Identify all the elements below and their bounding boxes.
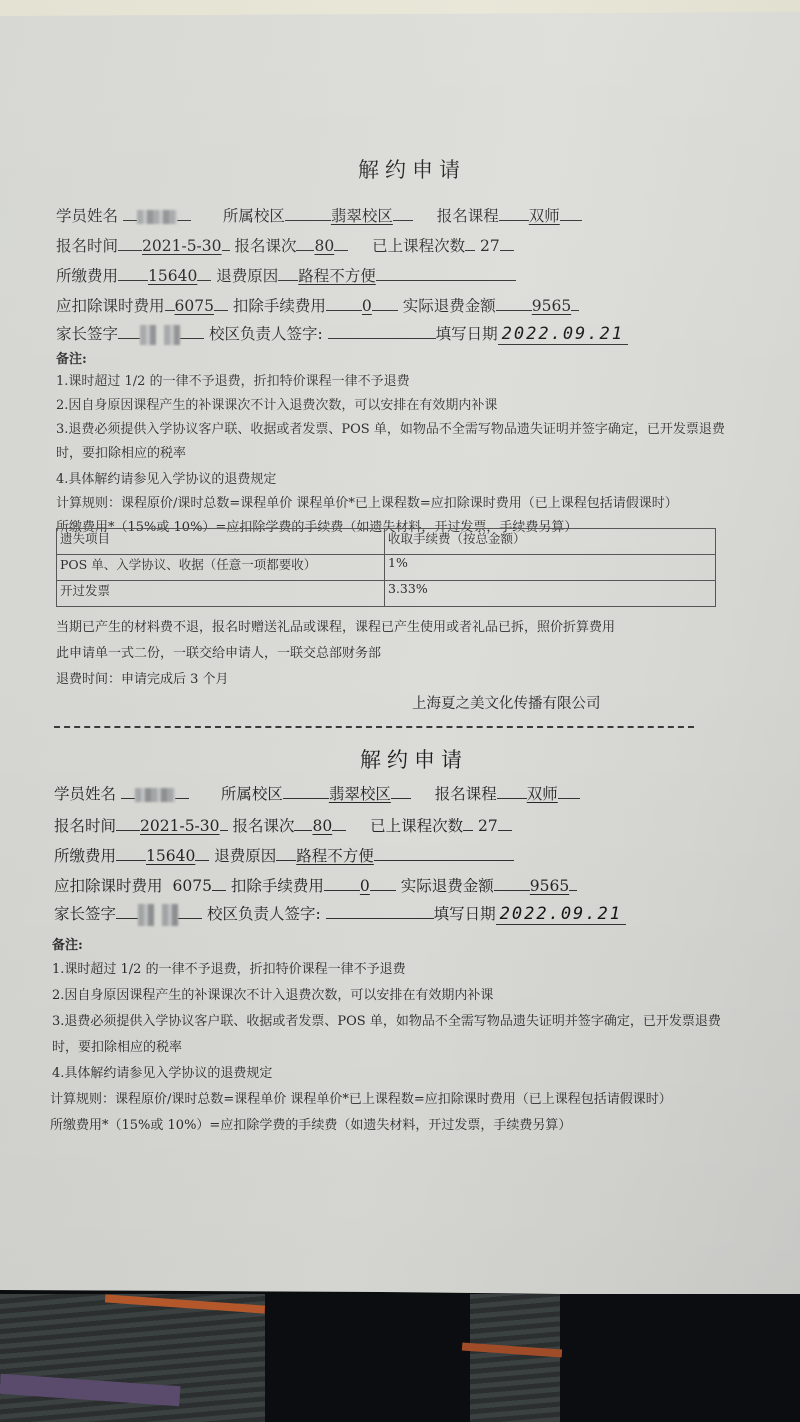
paid-value: 15640 bbox=[146, 847, 195, 865]
course-value: 双师 bbox=[529, 207, 560, 225]
cut-line-divider bbox=[54, 726, 694, 728]
campus-sign-label: 校区负责人签字: bbox=[207, 905, 321, 923]
table-cell: 1% bbox=[385, 555, 716, 581]
student-name-redacted bbox=[135, 788, 175, 802]
notes-title: 备注: bbox=[52, 934, 83, 953]
underline bbox=[118, 267, 148, 281]
attended-label: 已上课程次数 bbox=[372, 237, 465, 255]
campus-signature-field[interactable] bbox=[326, 905, 434, 919]
underline bbox=[116, 817, 140, 831]
deduct-value: 6075 bbox=[175, 297, 214, 315]
underline bbox=[165, 297, 175, 311]
underline bbox=[121, 785, 135, 799]
form-title: 解约申请 bbox=[358, 154, 466, 184]
underline bbox=[558, 785, 580, 799]
reason-label: 退费原因 bbox=[214, 847, 276, 865]
underline bbox=[560, 207, 582, 221]
underline bbox=[494, 877, 530, 891]
refund-value: 9565 bbox=[532, 297, 571, 315]
attended-label: 已上课程次数 bbox=[370, 817, 463, 835]
underline bbox=[220, 817, 228, 831]
underline bbox=[372, 297, 398, 311]
parent-signature-redacted bbox=[164, 325, 180, 345]
note-item: 时，要扣除相应的税率 bbox=[52, 1036, 182, 1055]
form-row-1: 学员姓名 所属校区翡翠校区 报名课程双师 bbox=[54, 782, 580, 804]
underline bbox=[498, 817, 512, 831]
refund-label: 实际退费金额 bbox=[401, 877, 494, 895]
lost-items-fee-table: 遗失项目 收取手续费（按总金额） POS 单、入学协议、收据（任意一项都要收） … bbox=[56, 528, 716, 607]
underline bbox=[294, 817, 312, 831]
parent-sign-label: 家长签字 bbox=[54, 905, 116, 923]
form-row-4: 应扣除课时费用6075 扣除手续费用0 实际退费金额9565 bbox=[56, 294, 579, 316]
form-title: 解约申请 bbox=[360, 744, 468, 774]
underline bbox=[118, 325, 140, 339]
underline bbox=[463, 817, 473, 831]
underline bbox=[332, 817, 346, 831]
date-handwritten: 2022.09.21 bbox=[498, 324, 628, 345]
underline bbox=[116, 847, 146, 861]
underline bbox=[283, 785, 329, 799]
form-row-3: 所缴费用15640 退费原因路程不方便 bbox=[56, 264, 516, 286]
footer-note: 当期已产生的材料费不退，报名时赠送礼品或课程，课程已产生使用或者礼品已拆，照价折… bbox=[56, 616, 615, 635]
attended-value: 27 bbox=[480, 237, 500, 255]
table-cell: 开过发票 bbox=[57, 581, 385, 607]
form-row-3: 所缴费用15640 退费原因路程不方便 bbox=[54, 844, 514, 866]
form-row-4: 应扣除课时费用6075 扣除手续费用0 实际退费金额9565 bbox=[54, 874, 577, 896]
fee-value: 0 bbox=[360, 877, 370, 895]
underline bbox=[326, 297, 362, 311]
carpet-pattern bbox=[470, 1294, 560, 1422]
sessions-value: 80 bbox=[314, 237, 334, 255]
enroll-date-label: 报名时间 bbox=[54, 817, 116, 835]
note-item: 2.因自身原因课程产生的补课课次不计入退费次数，可以安排在有效期内补课 bbox=[52, 984, 493, 1003]
enroll-date-value: 2021-5-30 bbox=[142, 237, 222, 255]
parent-sign-label: 家长签字 bbox=[56, 325, 118, 343]
note-item: 2.因自身原因课程产生的补课课次不计入退费次数，可以安排在有效期内补课 bbox=[56, 394, 497, 413]
calculation-rule: 计算规则：课程原价/课时总数=课程单价 课程单价*已上课程数=应扣除课时费用（已… bbox=[56, 492, 678, 511]
underline bbox=[214, 297, 228, 311]
course-label: 报名课程 bbox=[435, 785, 497, 803]
deduct-value: 6075 bbox=[173, 877, 212, 895]
underline bbox=[393, 207, 413, 221]
underline bbox=[370, 877, 396, 891]
refund-value: 9565 bbox=[530, 877, 569, 895]
enroll-date-value: 2021-5-30 bbox=[140, 817, 220, 835]
calculation-rule: 所缴费用*（15%或 10%）=应扣除学费的手续费（如遗失材料，开过发票，手续费… bbox=[50, 1114, 571, 1133]
underline bbox=[278, 267, 298, 281]
underline bbox=[116, 905, 138, 919]
note-item: 1.课时超过 1/2 的一律不予退费，折扣特价课程一律不予退费 bbox=[52, 958, 406, 977]
parent-signature-redacted bbox=[140, 325, 156, 345]
attended-value: 27 bbox=[478, 817, 498, 835]
campus-value: 翡翠校区 bbox=[331, 207, 393, 225]
underline bbox=[212, 877, 226, 891]
form-row-5: 家长签字 校区负责人签字: 填写日期2022.09.21 bbox=[56, 322, 628, 345]
sessions-label: 报名课次 bbox=[232, 817, 294, 835]
table-header-cell: 收取手续费（按总金额） bbox=[385, 529, 716, 555]
underline bbox=[197, 267, 211, 281]
fee-label: 扣除手续费用 bbox=[231, 877, 324, 895]
enroll-date-label: 报名时间 bbox=[56, 237, 118, 255]
underline bbox=[195, 847, 209, 861]
note-item: 3.退费必须提供入学协议客户联、收据或者发票、POS 单，如物品不全需写物品遗失… bbox=[56, 418, 725, 437]
course-label: 报名课程 bbox=[437, 207, 499, 225]
underline bbox=[324, 877, 360, 891]
note-item: 3.退费必须提供入学协议客户联、收据或者发票、POS 单，如物品不全需写物品遗失… bbox=[52, 1010, 721, 1029]
form-row-2: 报名时间2021-5-30 报名课次80 已上课程次数 27 bbox=[56, 234, 514, 256]
student-name-redacted bbox=[137, 210, 177, 224]
reason-value: 路程不方便 bbox=[296, 847, 374, 865]
form-row-5: 家长签字 校区负责人签字: 填写日期2022.09.21 bbox=[54, 902, 626, 926]
campus-label: 所属校区 bbox=[221, 785, 283, 803]
form-row-1: 学员姓名 所属校区翡翠校区 报名课程双师 bbox=[56, 204, 582, 226]
date-handwritten: 2022.09.21 bbox=[496, 904, 626, 925]
table-header-cell: 遗失项目 bbox=[57, 529, 385, 555]
refund-label: 实际退费金额 bbox=[403, 297, 496, 315]
underline bbox=[178, 905, 202, 919]
table-row: POS 单、入学协议、收据（任意一项都要收） 1% bbox=[57, 555, 716, 581]
reason-label: 退费原因 bbox=[216, 267, 278, 285]
note-item: 1.课时超过 1/2 的一律不予退费，折扣特价课程一律不予退费 bbox=[56, 370, 410, 389]
table-header-row: 遗失项目 收取手续费（按总金额） bbox=[57, 529, 716, 555]
underline bbox=[285, 207, 331, 221]
underline bbox=[334, 237, 348, 251]
calculation-rule: 所缴费用*（15%或 10%）=应扣除学费的手续费（如遗失材料，开过发票，手续费… bbox=[56, 516, 577, 535]
paid-value: 15640 bbox=[148, 267, 197, 285]
parent-signature-redacted bbox=[138, 904, 154, 926]
note-item: 4.具体解约请参见入学协议的退费规定 bbox=[52, 1062, 272, 1081]
desk-surface bbox=[0, 1294, 800, 1422]
table-row: 开过发票 3.33% bbox=[57, 581, 716, 607]
paper-sheet: 解约申请 学员姓名 所属校区翡翠校区 报名课程双师 报名时间2021-5-30 … bbox=[0, 12, 800, 1302]
underline bbox=[496, 297, 532, 311]
underline bbox=[569, 877, 577, 891]
underline bbox=[123, 207, 137, 221]
form-row-2: 报名时间2021-5-30 报名课次80 已上课程次数 27 bbox=[54, 814, 512, 836]
parent-signature-redacted bbox=[162, 904, 178, 926]
student-name-label: 学员姓名 bbox=[56, 207, 118, 225]
footer-note: 此申请单一式二份，一联交给申请人，一联交总部财务部 bbox=[56, 642, 381, 661]
calculation-rule: 计算规则：课程原价/课时总数=课程单价 课程单价*已上课程数=应扣除课时费用（已… bbox=[50, 1088, 672, 1107]
sessions-label: 报名课次 bbox=[234, 237, 296, 255]
underline bbox=[391, 785, 411, 799]
fee-value: 0 bbox=[362, 297, 372, 315]
underline bbox=[571, 297, 579, 311]
paid-label: 所缴费用 bbox=[54, 847, 116, 865]
underline bbox=[465, 237, 475, 251]
underline bbox=[374, 847, 514, 861]
sessions-value: 80 bbox=[312, 817, 332, 835]
deduct-label: 应扣除课时费用 bbox=[54, 877, 163, 895]
underline bbox=[497, 785, 527, 799]
campus-signature-field[interactable] bbox=[328, 325, 436, 339]
campus-value: 翡翠校区 bbox=[329, 785, 391, 803]
underline bbox=[222, 237, 230, 251]
underline bbox=[276, 847, 296, 861]
fee-label: 扣除手续费用 bbox=[233, 297, 326, 315]
underline bbox=[376, 267, 516, 281]
underline bbox=[177, 207, 191, 221]
course-value: 双师 bbox=[527, 785, 558, 803]
underline bbox=[118, 237, 142, 251]
deduct-label: 应扣除课时费用 bbox=[56, 297, 165, 315]
date-label: 填写日期 bbox=[434, 905, 496, 923]
paid-label: 所缴费用 bbox=[56, 267, 118, 285]
company-name: 上海夏之美文化传播有限公司 bbox=[412, 692, 601, 713]
footer-note: 退费时间：申请完成后 3 个月 bbox=[56, 668, 229, 687]
date-label: 填写日期 bbox=[436, 325, 498, 343]
note-item: 时，要扣除相应的税率 bbox=[56, 442, 186, 461]
underline bbox=[175, 785, 189, 799]
table-cell: 3.33% bbox=[385, 581, 716, 607]
underline bbox=[180, 325, 204, 339]
reason-value: 路程不方便 bbox=[298, 267, 376, 285]
campus-label: 所属校区 bbox=[223, 207, 285, 225]
table-cell: POS 单、入学协议、收据（任意一项都要收） bbox=[57, 555, 385, 581]
notes-title: 备注: bbox=[56, 348, 87, 367]
note-item: 4.具体解约请参见入学协议的退费规定 bbox=[56, 468, 276, 487]
underline bbox=[500, 237, 514, 251]
underline bbox=[296, 237, 314, 251]
student-name-label: 学员姓名 bbox=[54, 785, 116, 803]
underline bbox=[499, 207, 529, 221]
campus-sign-label: 校区负责人签字: bbox=[209, 325, 323, 343]
